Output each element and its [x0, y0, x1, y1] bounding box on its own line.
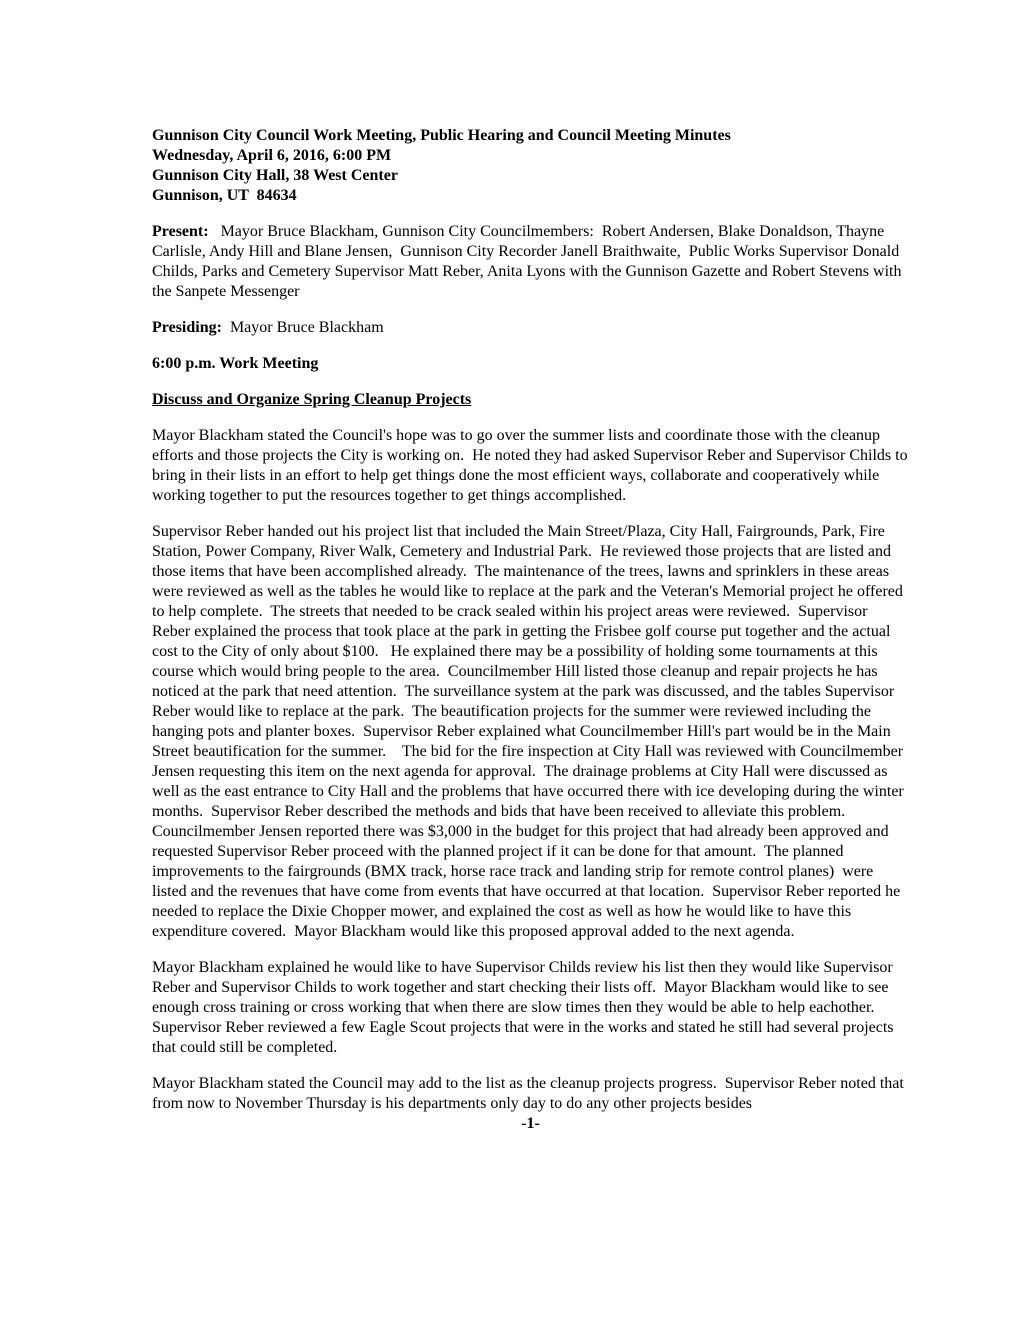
presiding-text: Mayor Bruce Blackham: [222, 319, 384, 336]
body-paragraph-4: Mayor Blackham stated the Council may ad…: [152, 1074, 909, 1114]
body-paragraph-1: Mayor Blackham stated the Council's hope…: [152, 426, 909, 506]
present-paragraph: Present: Mayor Bruce Blackham, Gunnison …: [152, 222, 909, 302]
section-heading-paragraph: Discuss and Organize Spring Cleanup Proj…: [152, 390, 909, 410]
meeting-date-line: Wednesday, April 6, 2016, 6:00 PM: [152, 146, 909, 166]
present-label: Present:: [152, 223, 209, 240]
document-content: Gunnison City Council Work Meeting, Publ…: [152, 126, 909, 1134]
document-title: Gunnison City Council Work Meeting, Publ…: [152, 126, 909, 146]
work-meeting-heading: 6:00 p.m. Work Meeting: [152, 354, 909, 374]
page-number: -1-: [152, 1114, 909, 1134]
document-header: Gunnison City Council Work Meeting, Publ…: [152, 126, 909, 206]
body-paragraph-3: Mayor Blackham explained he would like t…: [152, 958, 909, 1058]
meeting-location-line: Gunnison City Hall, 38 West Center: [152, 166, 909, 186]
section-heading: Discuss and Organize Spring Cleanup Proj…: [152, 391, 471, 408]
document-page: Gunnison City Council Work Meeting, Publ…: [0, 0, 1020, 1320]
presiding-paragraph: Presiding: Mayor Bruce Blackham: [152, 318, 909, 338]
body-paragraph-2: Supervisor Reber handed out his project …: [152, 522, 909, 942]
presiding-label: Presiding:: [152, 319, 222, 336]
present-text: Mayor Bruce Blackham, Gunnison City Coun…: [152, 223, 905, 300]
meeting-city-line: Gunnison, UT 84634: [152, 186, 909, 206]
